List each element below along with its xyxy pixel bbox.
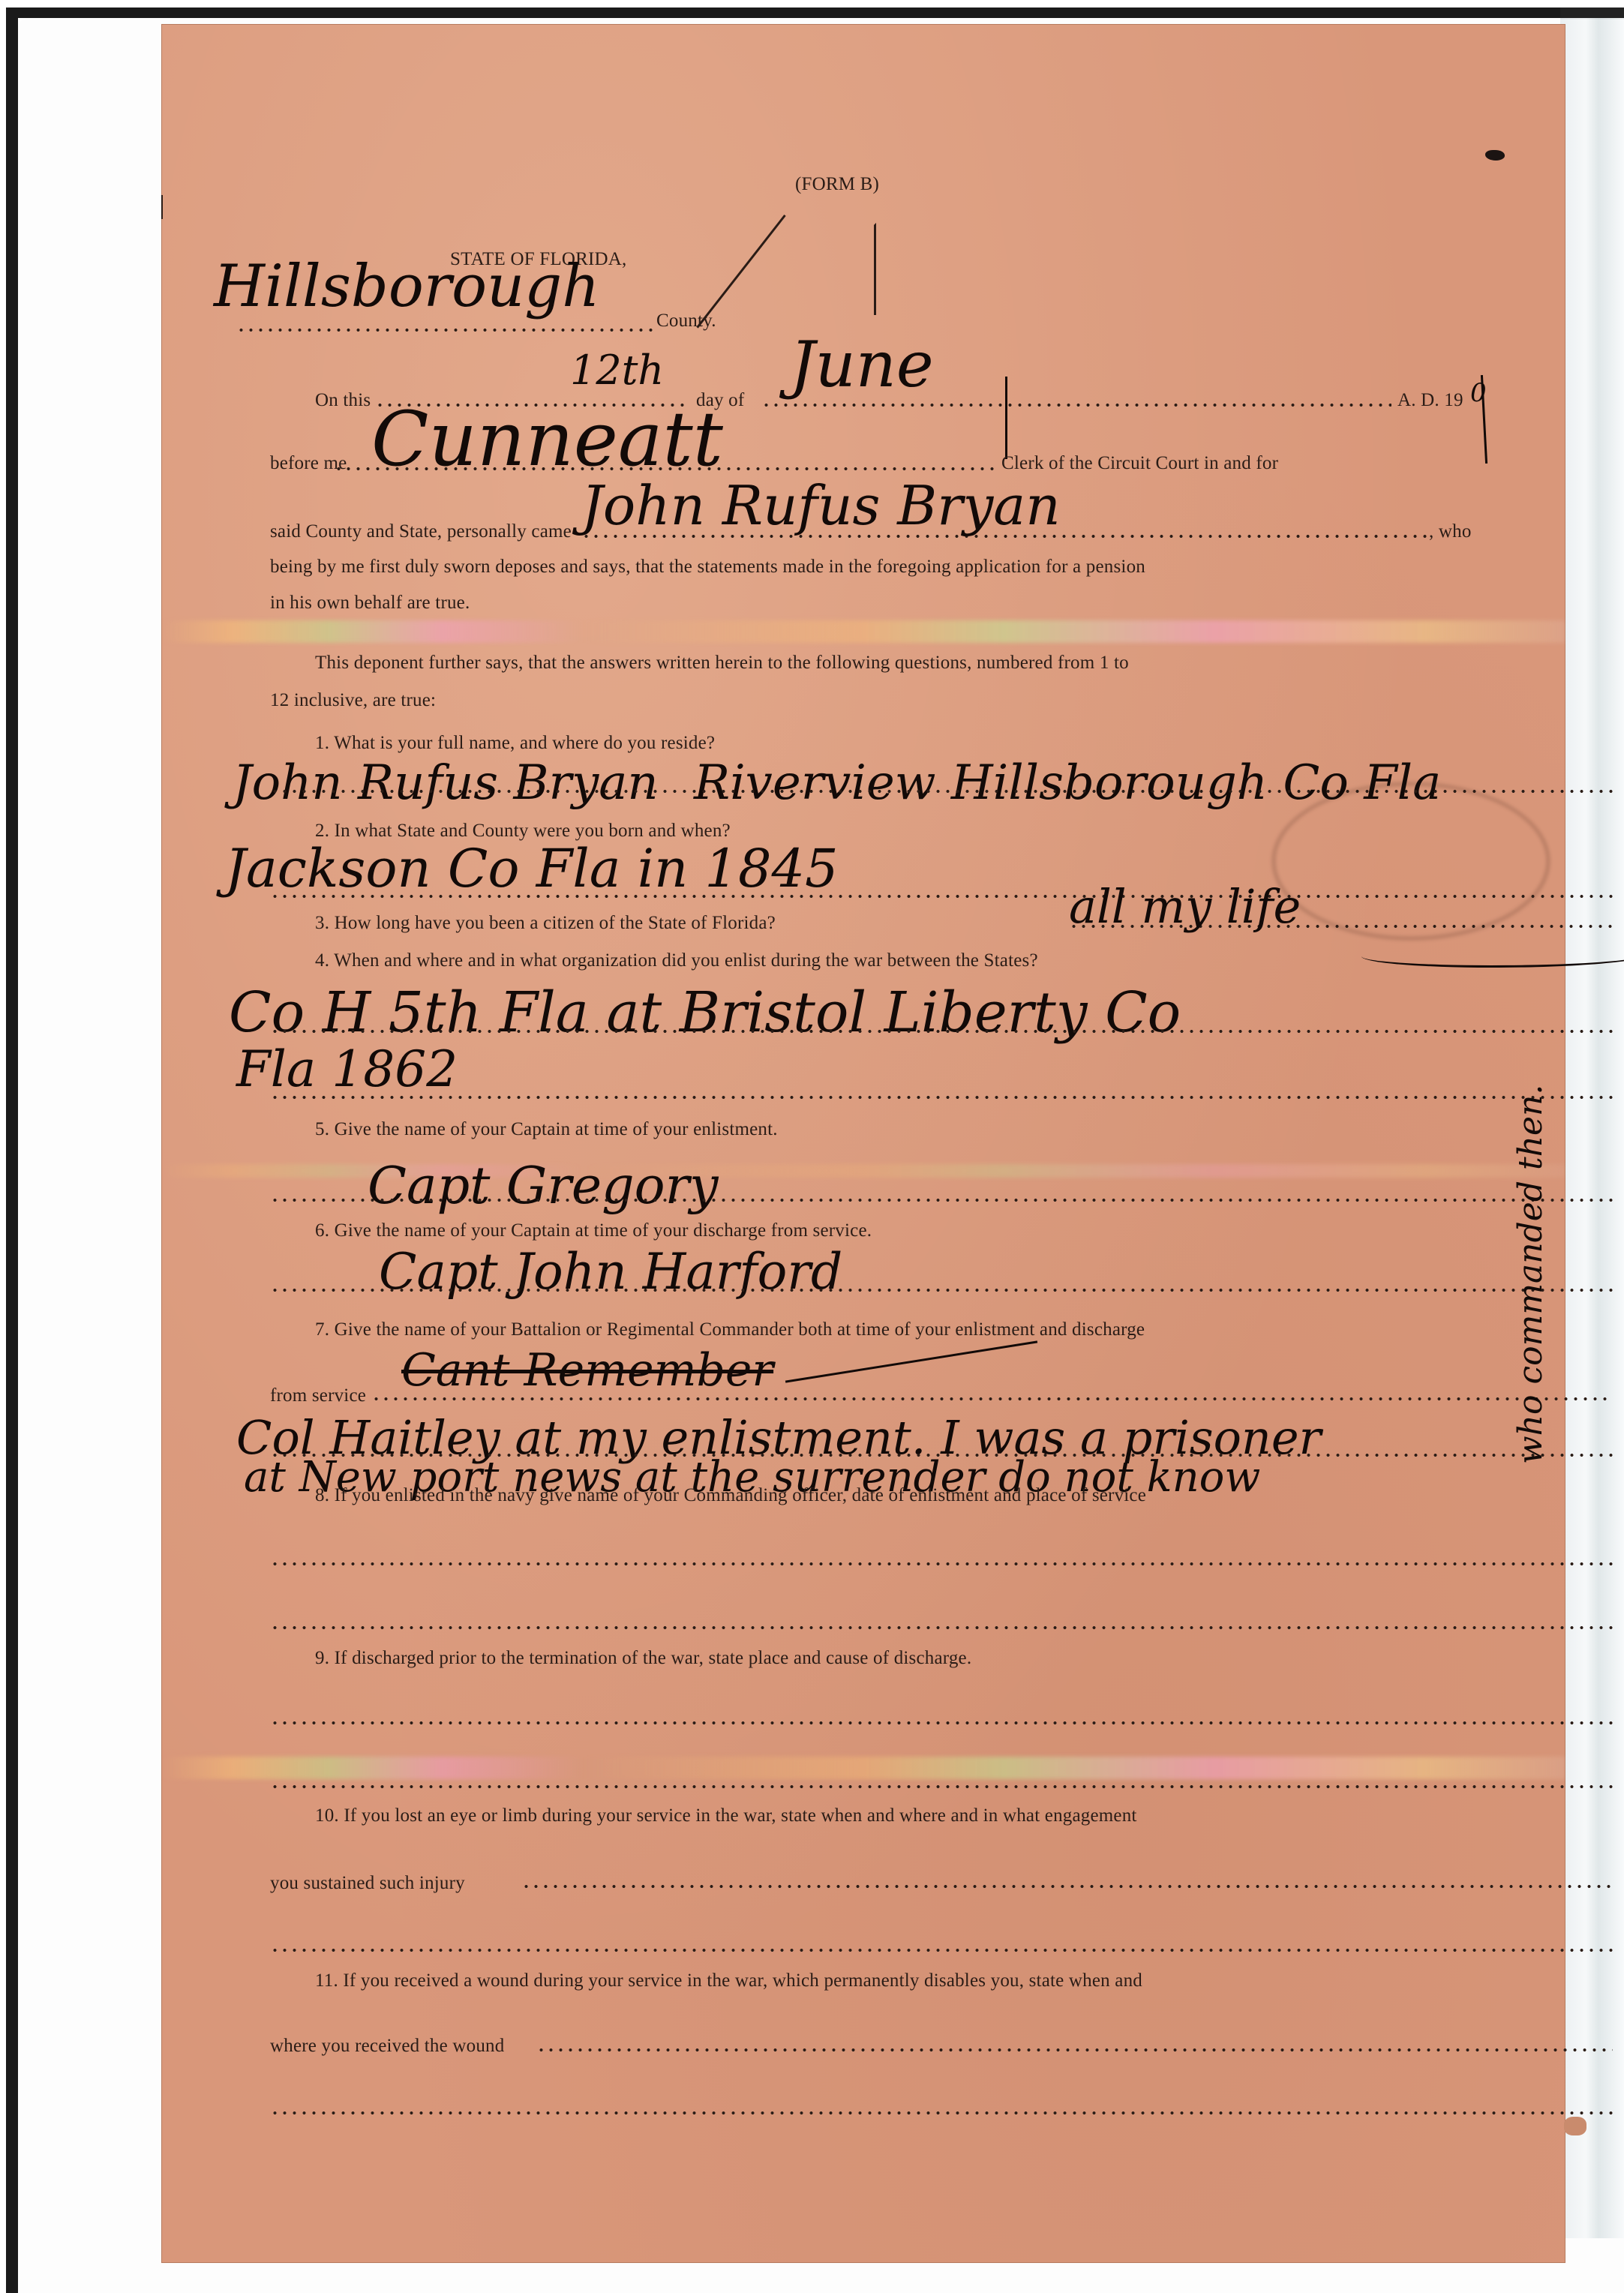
- question-1: 1. What is your full name, and where do …: [315, 733, 715, 754]
- applicant-handwritten: John Rufus Bryan: [581, 474, 1061, 537]
- scanner-frame-top: [6, 8, 1624, 18]
- question-text: When and where and in what organization …: [334, 950, 1038, 971]
- scanner-frame-left: [6, 8, 18, 2293]
- fold-crease: [161, 1757, 1565, 1779]
- clerk-handwritten: Cunneatt: [371, 395, 723, 483]
- question-number: 8.: [315, 1485, 329, 1505]
- sworn-statement: being by me first duly sworn deposes and…: [270, 557, 1145, 578]
- pen-flourish: [785, 1340, 1037, 1382]
- pen-flourish: [1361, 943, 1624, 968]
- answer-1-dotted-line: [270, 789, 1613, 794]
- form-label: (FORM B): [795, 174, 879, 195]
- question-text: If you lost an eye or limb during your s…: [344, 1805, 1136, 1826]
- answer-6-dotted-line: [270, 1288, 1613, 1292]
- question-text: How long have you been a citizen of the …: [335, 913, 776, 933]
- answer-4-line2: Fla 1862: [236, 1040, 458, 1098]
- question-7: 7. Give the name of your Battalion or Re…: [315, 1319, 1145, 1340]
- ink-spot: [1485, 150, 1505, 161]
- behalf-statement: in his own behalf are true.: [270, 593, 470, 614]
- question-number: 5.: [315, 1119, 329, 1139]
- pen-tick: [161, 195, 163, 219]
- answer-9-dotted-line: [270, 1721, 1613, 1725]
- pen-stroke: [1005, 377, 1007, 459]
- plastic-sleeve: [1560, 18, 1624, 2238]
- county-dotted-line: [236, 328, 653, 332]
- question-6: 6. Give the name of your Captain at time…: [315, 1220, 872, 1241]
- question-text: Give the name of your Captain at time of…: [335, 1220, 872, 1241]
- question-text: Give the name of your Captain at time of…: [335, 1119, 778, 1139]
- answer-7-struck-out: Cant Remember: [401, 1344, 773, 1397]
- question-11-continuation: where you received the wound: [270, 2036, 504, 2057]
- question-number: 1.: [315, 733, 329, 753]
- question-number: 10.: [315, 1805, 339, 1826]
- answer-4: Co H 5th Fla at Bristol Liberty Co: [229, 980, 1181, 1045]
- question-number: 7.: [315, 1319, 329, 1340]
- day-handwritten: 12th: [570, 347, 664, 394]
- answer-1-name: John Rufus Bryan: [233, 755, 659, 811]
- answer-10-dotted-line-2: [270, 1948, 1613, 1952]
- question-number: 6.: [315, 1220, 329, 1241]
- question-text: If you received a wound during your serv…: [343, 1970, 1142, 1991]
- answer-11-dotted-line: [536, 2048, 1613, 2052]
- answer-2-dotted-line: [270, 894, 1613, 899]
- question-4: 4. When and where and in what organizati…: [315, 950, 1038, 971]
- answer-7-dotted-line: [371, 1397, 1613, 1401]
- question-number: 3.: [315, 913, 329, 933]
- question-10-continuation: you sustained such injury: [270, 1873, 465, 1894]
- answer-2: Jackson Co Fla in 1845: [225, 838, 839, 899]
- question-text: What is your full name, and where do you…: [334, 733, 715, 753]
- answer-5-dotted-line: [270, 1198, 1613, 1202]
- answer-1-residence: Riverview Hillsborough Co Fla: [694, 755, 1441, 811]
- question-number: 11.: [315, 1970, 338, 1991]
- question-text: If discharged prior to the termination o…: [335, 1648, 972, 1668]
- clerk-label: Clerk of the Circuit Court in and for: [1001, 453, 1278, 474]
- fold-crease: [161, 620, 1565, 643]
- ad-label: A. D. 19: [1397, 390, 1463, 411]
- answer-5: Capt Gregory: [368, 1157, 719, 1216]
- month-handwritten: June: [790, 328, 934, 401]
- month-dotted-line: [761, 403, 1391, 407]
- who-label: , who: [1429, 521, 1472, 542]
- header-bracket: [865, 223, 876, 315]
- question-3: 3. How long have you been a citizen of t…: [315, 913, 776, 934]
- county-handwritten: Hillsborough: [214, 253, 599, 320]
- deponent-statement: This deponent further says, that the ans…: [315, 653, 1129, 674]
- question-7-continuation: from service: [270, 1385, 366, 1406]
- question-9: 9. If discharged prior to the terminatio…: [315, 1648, 971, 1669]
- answer-4-dotted-line: [270, 1029, 1613, 1034]
- pension-form-page: (FORM B) STATE OF FLORIDA, Hillsborough …: [161, 24, 1565, 2263]
- question-10: 10. If you lost an eye or limb during yo…: [315, 1805, 1137, 1826]
- margin-note: who commanded then.: [1511, 1085, 1550, 1464]
- answer-11-dotted-line-2: [270, 2111, 1613, 2115]
- question-number: 9.: [315, 1648, 329, 1668]
- answer-3: all my life: [1069, 879, 1301, 934]
- deponent-statement-cont: 12 inclusive, are true:: [270, 690, 436, 711]
- on-this-label: On this: [315, 390, 371, 411]
- question-11: 11. If you received a wound during your …: [315, 1970, 1142, 1991]
- personally-came-label: said County and State, personally came: [270, 521, 572, 542]
- question-5: 5. Give the name of your Captain at time…: [315, 1119, 778, 1140]
- answer-10-dotted-line: [521, 1884, 1613, 1889]
- county-label: County.: [656, 311, 716, 332]
- answer-9-dotted-line-2: [270, 1784, 1613, 1789]
- answer-8-dotted-line: [270, 1562, 1613, 1566]
- question-number: 4.: [315, 950, 329, 971]
- torn-paper-fragment: [1564, 2117, 1586, 2135]
- answer-4-dotted-line-2: [270, 1095, 1613, 1100]
- question-text: If you enlisted in the navy give name of…: [335, 1485, 1146, 1505]
- question-text: Give the name of your Battalion or Regim…: [335, 1319, 1145, 1340]
- answer-8-dotted-line-2: [270, 1625, 1613, 1630]
- question-8: 8. If you enlisted in the navy give name…: [315, 1485, 1146, 1506]
